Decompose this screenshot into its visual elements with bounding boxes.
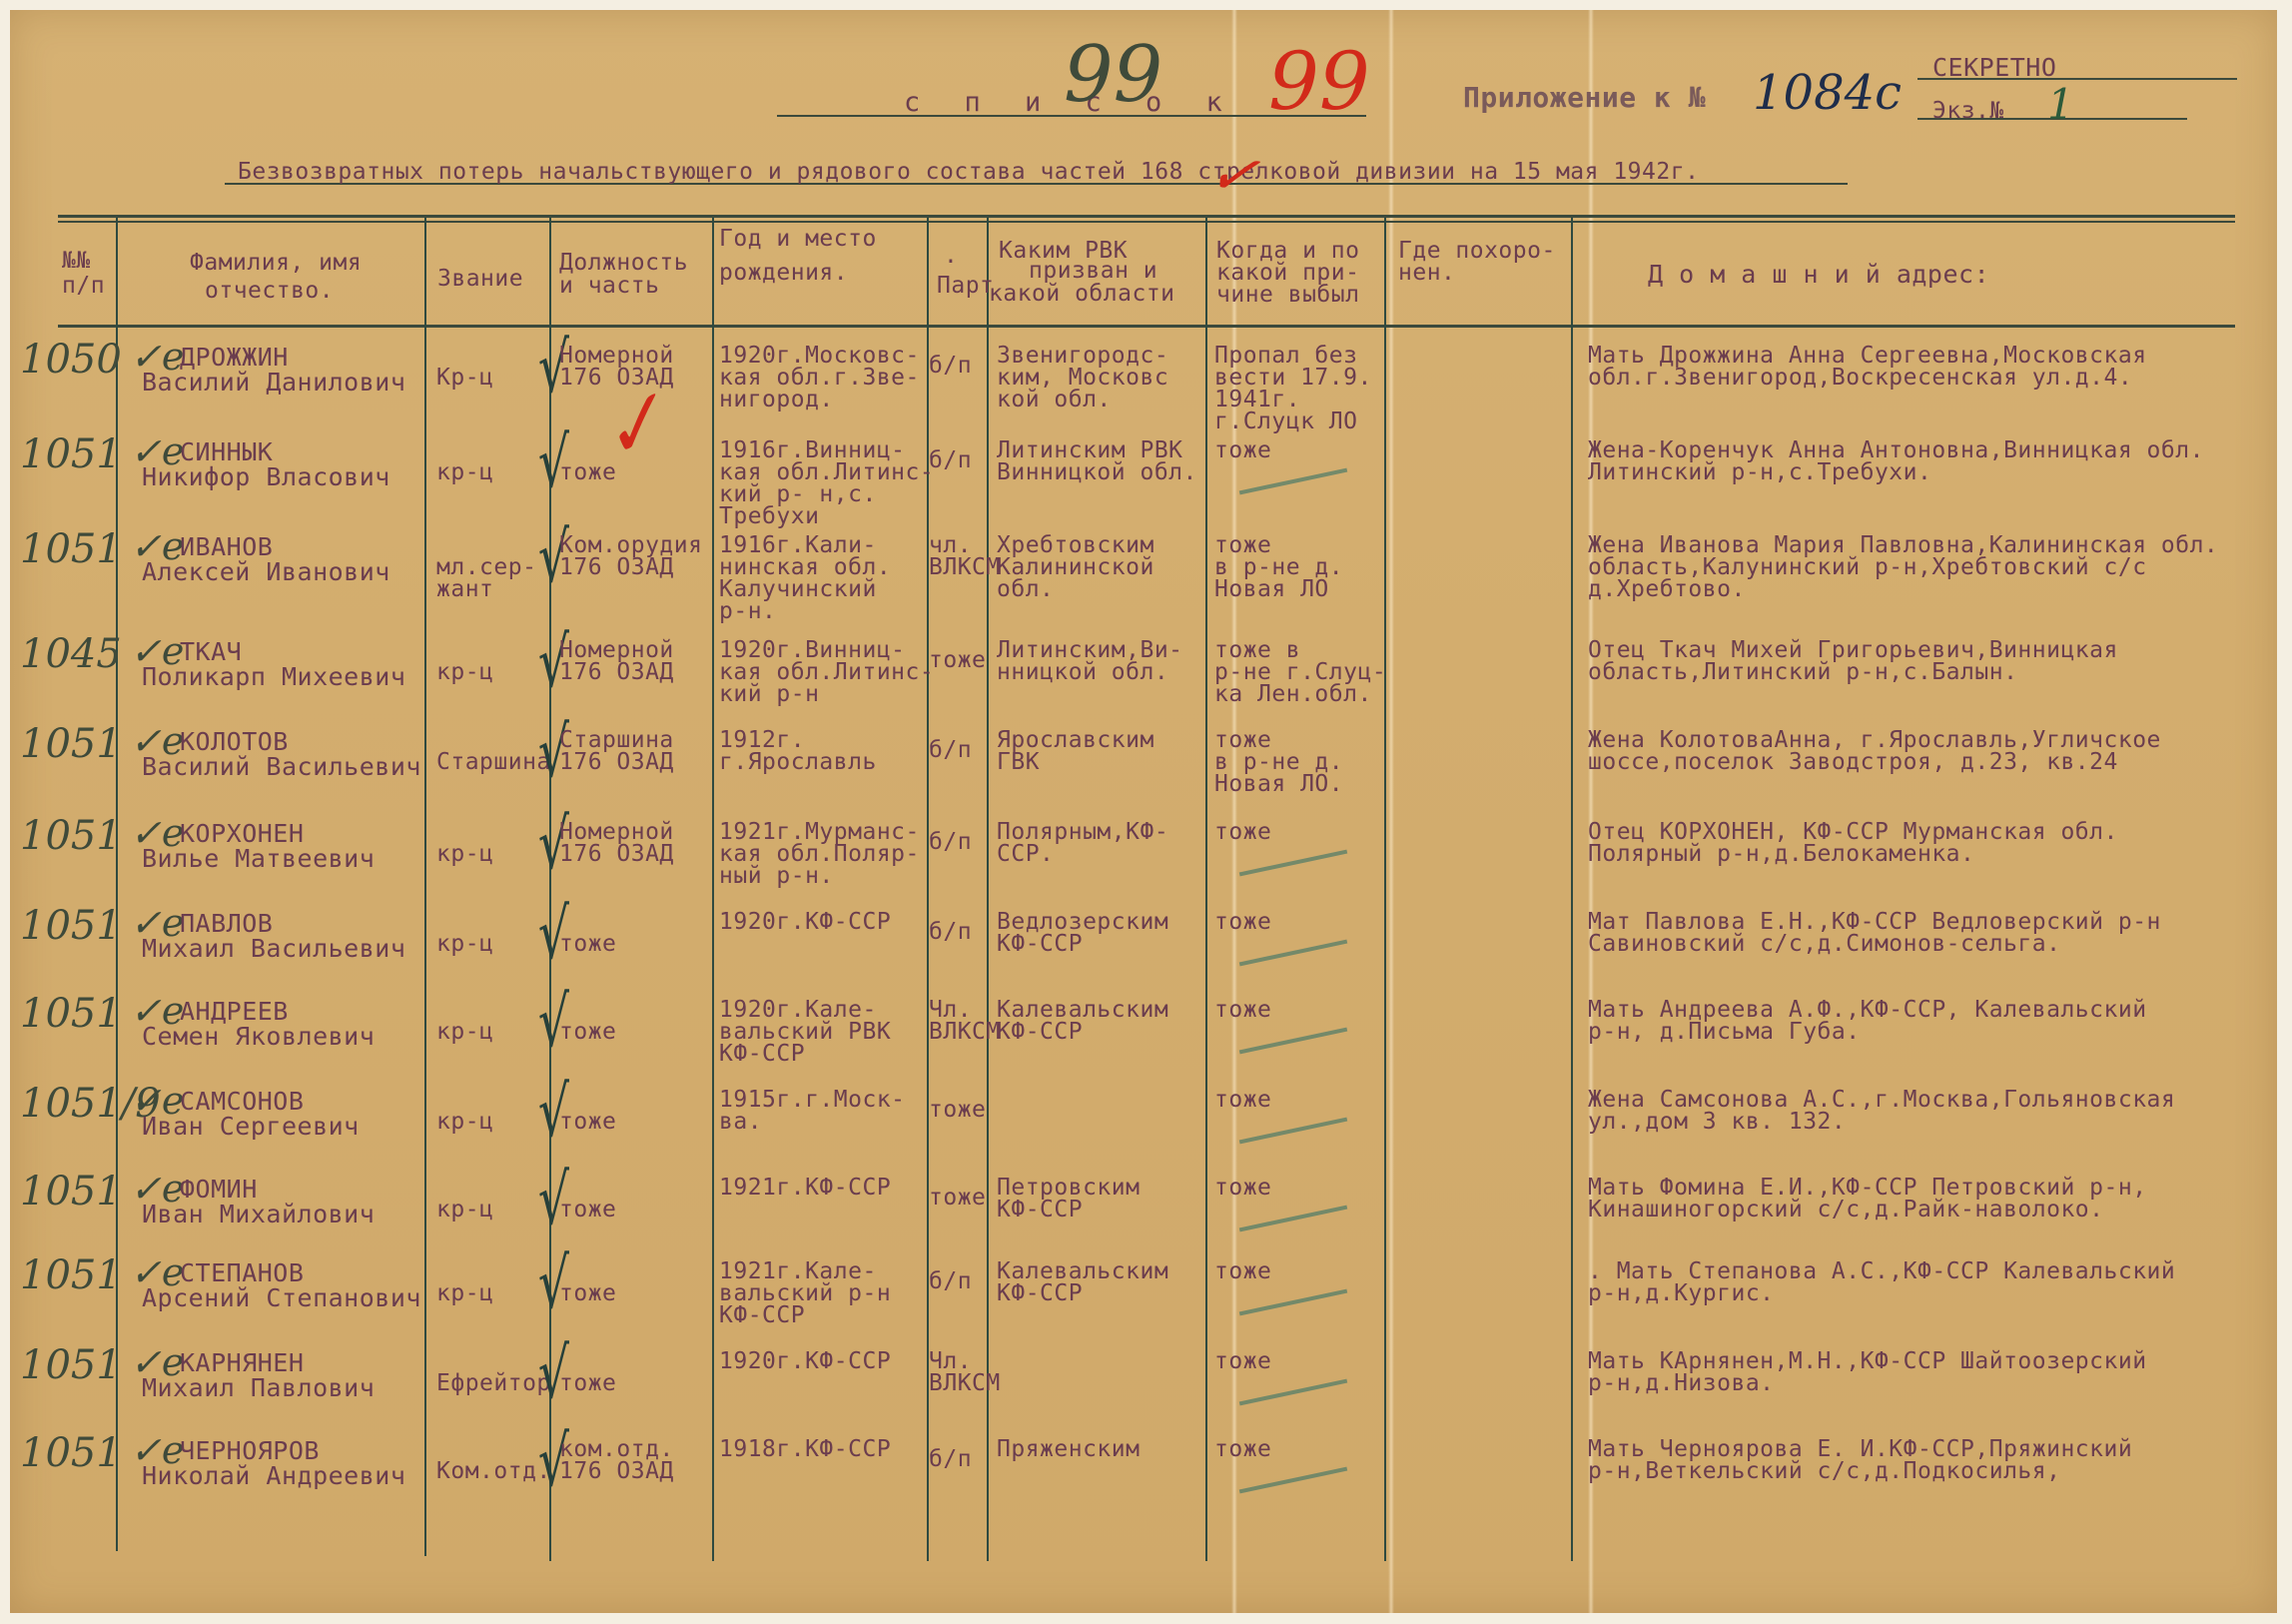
rank: кр-ц [436,1021,493,1044]
paper-fold [1388,10,1394,1613]
position-unit: тоже [559,461,616,484]
when-reason-left: тоже [1214,1177,1271,1200]
red-list-number: 99 [1268,35,1370,128]
handwritten-record-number: 1051 [20,1430,122,1476]
rank: Ком.отд. [436,1460,551,1483]
party-membership: ВЛКСМ [929,1372,1001,1395]
position-unit: 176 ОЗАД [559,556,674,579]
when-reason-left: Новая ЛО [1214,578,1329,601]
when-reason-left: тоже [1214,911,1271,934]
party-membership: тоже [929,1187,986,1210]
given-name: Иван Сергеевич [142,1114,360,1139]
copy-number: 1 [2047,80,2074,129]
col-divider [1384,218,1386,1561]
rank: кр-ц [436,933,493,956]
home-address: Литинский р-н,с.Требухи. [1588,461,1931,484]
position-unit: 176 ОЗАД [559,751,674,774]
party-membership: ВЛКСМ [929,556,1001,579]
surname: ТКАЧ [180,639,242,664]
header-party-dot: . [944,245,958,268]
position-unit: 176 ОЗАД [559,1460,674,1483]
subtitle: Безвозвратных потерь начальствующего и р… [238,160,1699,185]
rank: кр-ц [436,1111,493,1134]
handwritten-record-number: 1050 [20,337,122,383]
header-name-line2: отчество. [205,280,334,303]
home-address: р-н,Веткельский с/с,д.Подкосилья, [1588,1460,2060,1483]
party-membership: б/п [929,739,972,762]
home-address: область,Литинский р-н,с.Балын. [1588,661,2017,684]
position-unit: тоже [559,1199,616,1221]
party-membership: б/п [929,831,972,854]
handwritten-record-number: 1051 [20,813,122,859]
birth-year-place: 1920г.КФ-ССР [719,1350,891,1373]
party-membership: б/п [929,449,972,472]
rank: кр-ц [436,1282,493,1305]
header-bottom-rule [58,325,2235,328]
table-top-rule-2 [58,221,2235,223]
draft-office: Винницкой обл. [997,461,1197,484]
birth-year-place: 1921г.КФ-ССР [719,1177,891,1200]
header-address: Д о м а ш н и й адрес: [1648,262,1989,287]
header-rank: Звание [437,268,523,291]
col-divider [424,218,426,1556]
handwritten-list-number: 99 [1064,30,1162,120]
party-membership: тоже [929,1099,986,1122]
given-name: Михаил Павлович [142,1375,375,1400]
given-name: Алексей Иванович [142,559,390,584]
when-reason-left: тоже [1214,1260,1271,1283]
surname: ДРОЖЖИН [180,345,289,370]
home-address: шоссе,поселок Заводстроя, д.23, кв.24 [1588,751,2118,774]
birth-year-place: Требухи [719,505,819,528]
surname: САМСОНОВ [180,1089,304,1114]
draft-office: обл. [997,578,1054,601]
header-position-line1: Должность [559,252,688,275]
handwritten-record-number: 1051 [20,1169,122,1215]
table-top-rule [58,215,2235,218]
handwritten-record-number: 1051 [20,1252,122,1298]
draft-office: ССР. [997,843,1054,866]
header-rvk-line2: призван и [1029,260,1157,283]
surname: АНДРЕЕВ [180,999,289,1024]
birth-year-place: 1918г.КФ-ССР [719,1438,891,1461]
position-unit: 176 ОЗАД [559,843,674,866]
rank: кр-ц [436,1199,493,1221]
surname: КОРХОНЕН [180,821,304,846]
draft-office: КФ-ССР [997,933,1083,956]
handwritten-record-number: 1051 [20,903,122,949]
rank: жант [436,578,493,601]
surname: СИННЫК [180,439,273,464]
party-membership: б/п [929,1448,972,1471]
position-unit: тоже [559,1021,616,1044]
position-unit: тоже [559,1111,616,1134]
given-name: Семен Яковлевич [142,1024,375,1049]
home-address: обл.г.Звенигород,Воскресенская ул.д.4. [1588,367,2132,390]
rank: кр-ц [436,661,493,684]
col-divider [987,218,989,1561]
surname: ЧЕРНОЯРОВ [180,1438,320,1463]
rank: Ефрейтор [436,1372,551,1395]
given-name: Поликарп Михеевич [142,664,405,689]
when-reason-left: тоже [1214,999,1271,1022]
surname: СТЕПАНОВ [180,1260,304,1285]
home-address: р-н,д.Кургис. [1588,1282,1775,1305]
birth-year-place: кий р-н [719,683,819,706]
birth-year-place: ный р-н. [719,865,834,888]
when-reason-left: тоже [1214,821,1271,844]
header-num-line1: №№ [62,250,91,273]
header-party: Парт [937,275,994,298]
given-name: Никифор Власович [142,464,390,489]
col-divider [1571,218,1573,1561]
surname: ИВАНОВ [180,534,273,559]
party-membership: б/п [929,355,972,378]
draft-office: нницкой обл. [997,661,1168,684]
given-name: Арсений Степанович [142,1285,421,1310]
party-membership: ВЛКСМ [929,1021,1001,1044]
handwritten-record-number: 1051 [20,431,122,477]
rank: Старшина [436,751,551,774]
rank: кр-ц [436,843,493,866]
header-name-line1: Фамилия, имя [190,252,362,275]
home-address: Кинашиногорский с/с,д.Райк-наволоко. [1588,1199,2104,1221]
surname: ФОМИН [180,1177,258,1202]
draft-office: КФ-ССР [997,1282,1083,1305]
header-birth-line1: Год и место [719,228,877,251]
home-address: р-н,д.Низова. [1588,1372,1775,1395]
rank: Кр-ц [436,367,493,390]
surname: ПАВЛОВ [180,911,273,936]
handwritten-record-number: 1051 [20,991,122,1037]
birth-year-place: КФ-ССР [719,1043,805,1066]
birth-year-place: р-н. [719,600,776,623]
draft-office: КФ-ССР [997,1021,1083,1044]
given-name: Василий Данилович [142,370,405,395]
rank: кр-ц [436,461,493,484]
given-name: Николай Андреевич [142,1463,405,1488]
handwritten-record-number: 1051 [20,1342,122,1388]
given-name: Михаил Васильевич [142,936,405,961]
header-buried-line2: нен. [1398,262,1455,285]
when-reason-left: тоже [1214,1089,1271,1112]
when-reason-left: тоже [1214,1350,1271,1373]
when-reason-left: тоже [1214,1438,1271,1461]
party-membership: б/п [929,921,972,944]
birth-year-place: нигород. [719,389,834,411]
home-address: р-н, д.Письма Губа. [1588,1021,1861,1044]
given-name: Василий Васильевич [142,754,421,779]
appendix-number: 1084с [1753,65,1902,121]
position-unit: тоже [559,1372,616,1395]
when-reason-left: ка Лен.обл. [1214,683,1372,706]
home-address: Полярный р-н,д.Белокаменка. [1588,843,1974,866]
draft-office: ГВК [997,751,1040,774]
appendix-label: Приложение к № [1463,85,1706,110]
col-divider [1205,218,1207,1561]
when-reason-left: г.Слуцк ЛО [1214,410,1357,433]
col-divider [712,218,714,1561]
birth-year-place: ва. [719,1111,762,1134]
handwritten-record-number: 1045 [20,631,122,677]
given-name: Вилье Матвеевич [142,846,375,871]
draft-office: кой обл. [997,389,1112,411]
party-membership: тоже [929,649,986,672]
position-unit: тоже [559,933,616,956]
header-num-line2: п/п [62,275,105,298]
home-address: Савиновский с/с,д.Симонов-сельга. [1588,933,2060,956]
handwritten-record-number: 1051 [20,526,122,572]
header-rvk-line3: какой области [989,283,1175,306]
surname: КАРНЯНЕН [180,1350,304,1375]
when-reason-left: Новая ЛО. [1214,773,1343,796]
birth-year-place: 1920г.КФ-ССР [719,911,891,934]
birth-year-place: КФ-ССР [719,1304,805,1327]
draft-office: КФ-ССР [997,1199,1083,1221]
position-unit: 176 ОЗАД [559,661,674,684]
home-address: ул.,дом 3 кв. 132. [1588,1111,1846,1134]
party-membership: б/п [929,1270,972,1293]
secrecy-stamp: СЕКРЕТНО [1932,55,2056,80]
header-when-line3: чине выбыл [1216,284,1359,307]
position-unit: тоже [559,1282,616,1305]
copy-label: Экз.№ [1932,100,2004,123]
given-name: Иван Михайлович [142,1202,375,1226]
home-address: д.Хребтово. [1588,578,1746,601]
header-position-line2: и часть [559,275,659,298]
draft-office: Пряженским [997,1438,1140,1461]
surname: КОЛОТОВ [180,729,289,754]
when-reason-left: тоже [1214,439,1271,462]
header-birth-line2: рождения. [719,262,848,285]
birth-year-place: г.Ярославль [719,751,877,774]
handwritten-record-number: 1051 [20,721,122,767]
